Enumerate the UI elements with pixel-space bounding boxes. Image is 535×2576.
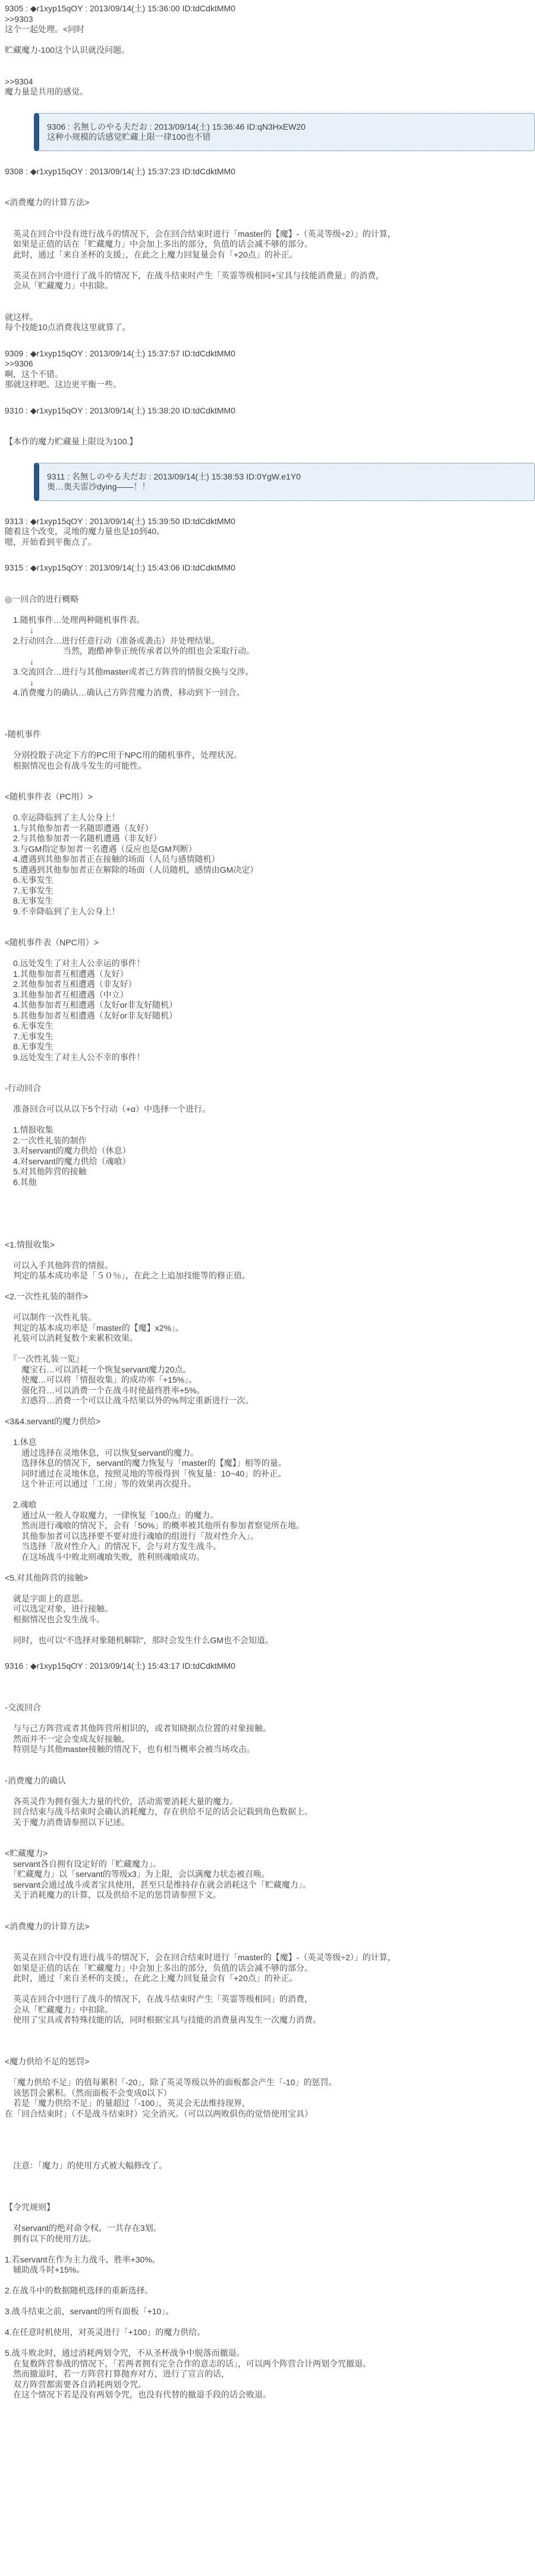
quote-left-bar [34, 463, 39, 501]
post-header: 9313 : ◆r1xyp15qOY : 2013/09/14(土) 15:39… [5, 516, 530, 527]
post-body: 这种小规模的话感觉贮藏上限一律100也不错 [47, 132, 526, 143]
post-header: 9311 : 名無しのやる夫だお : 2013/09/14(土) 15:38:5… [47, 472, 526, 482]
post-9316: 9316 : ◆r1xyp15qOY : 2013/09/14(土) 15:43… [5, 1661, 530, 2400]
post-body: <消费魔力的计算方法> 英灵在回合中没有进行战斗的情况下，会在回合结束时进行「m… [5, 177, 530, 333]
post-9313: 9313 : ◆r1xyp15qOY : 2013/09/14(土) 15:39… [5, 516, 530, 548]
post-header: 9306 : 名無しのやる夫だお : 2013/09/14(土) 15:36:4… [47, 122, 526, 133]
post-9309: 9309 : ◆r1xyp15qOY : 2013/09/14(土) 15:37… [5, 349, 530, 390]
post-9315: 9315 : ◆r1xyp15qOY : 2013/09/14(土) 15:43… [5, 563, 530, 1646]
thread: 9305 : ◆r1xyp15qOY : 2013/09/14(土) 15:36… [5, 4, 530, 2400]
post-body: >>9303 这个一起处理。<同时 贮藏魔力-100这个认识就没问题。 >>93… [5, 14, 530, 98]
post-body: ◦交流回合 与与己方阵营或者其他阵营所相识的，或者知晓据点位置的对象接触。 然而… [5, 1672, 530, 2400]
post-body: ◎一回合的进行概略 1.随机事件…处理两种随机事件表。 ↓ 2.行动回合…进行任… [5, 574, 530, 1646]
post-header: 9305 : ◆r1xyp15qOY : 2013/09/14(土) 15:36… [5, 4, 530, 14]
post-header: 9309 : ◆r1xyp15qOY : 2013/09/14(土) 15:37… [5, 349, 530, 359]
post-body: 随着这个改变，灵地的魔力量也是10到40。 嗯，开始看到平衡点了。 [5, 527, 530, 547]
post-body: >>9306 啊，这个不错。 那就这样吧。这边更平衡一些。 [5, 359, 530, 390]
quote-content: 9306 : 名無しのやる夫だお : 2013/09/14(土) 15:36:4… [47, 122, 526, 143]
quote-content: 9311 : 名無しのやる夫だお : 2013/09/14(土) 15:38:5… [47, 472, 526, 493]
quote-left-bar [34, 113, 39, 151]
post-body: 【本作的魔力贮藏量上限设为100.】 [5, 416, 530, 447]
post-body: 奥…奥夫雷沙dying——！！ [47, 482, 526, 493]
post-header: 9316 : ◆r1xyp15qOY : 2013/09/14(土) 15:43… [5, 1661, 530, 1672]
thread-page: { "page": { "background_color": "#ffffff… [0, 0, 535, 2434]
post-header: 9310 : ◆r1xyp15qOY : 2013/09/14(土) 15:38… [5, 406, 530, 416]
quoted-post-9306: 9306 : 名無しのやる夫だお : 2013/09/14(土) 15:36:4… [34, 113, 535, 151]
post-9305: 9305 : ◆r1xyp15qOY : 2013/09/14(土) 15:36… [5, 4, 530, 98]
post-header: 9315 : ◆r1xyp15qOY : 2013/09/14(土) 15:43… [5, 563, 530, 574]
post-9310: 9310 : ◆r1xyp15qOY : 2013/09/14(土) 15:38… [5, 406, 530, 447]
post-header: 9308 : ◆r1xyp15qOY : 2013/09/14(土) 15:37… [5, 167, 530, 177]
post-9308: 9308 : ◆r1xyp15qOY : 2013/09/14(土) 15:37… [5, 167, 530, 333]
quoted-post-9311: 9311 : 名無しのやる夫だお : 2013/09/14(土) 15:38:5… [34, 463, 535, 501]
